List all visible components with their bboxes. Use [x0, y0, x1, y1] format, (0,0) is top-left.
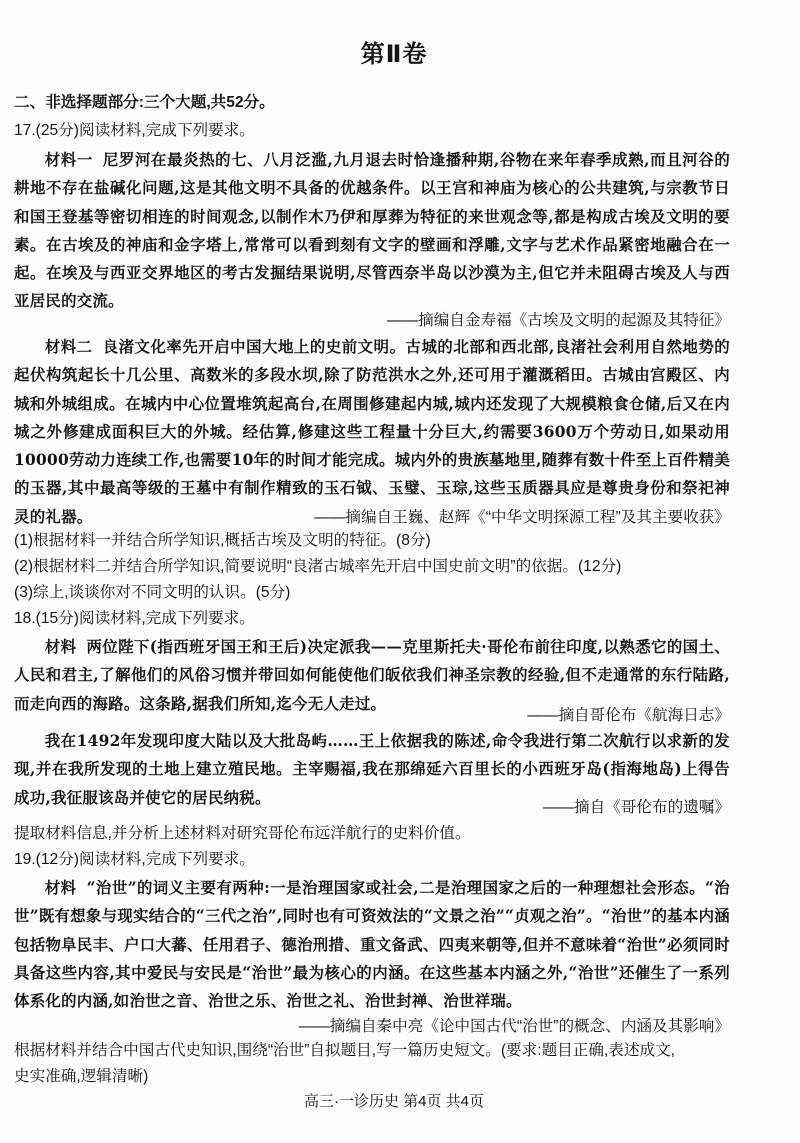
material-text: 良渚文化率先开启中国大地上的史前文明。古城的北部和西北部,良渚社会利用自然地势的…: [14, 338, 730, 526]
q18-material-b-source: ——摘自《哥伦布的遗嘱》: [543, 795, 730, 817]
q19-question-line-1: 根据材料并结合中国古代史知识,围绕“治世”自拟题目,写一篇历史短文。(要求:题目…: [14, 1040, 744, 1062]
material-label: 材料: [45, 638, 77, 656]
q17-material-1-source: ——摘编自金寿福《古埃及文明的起源及其特征》: [387, 308, 730, 330]
material-label: 材料二: [45, 338, 93, 356]
q18-header: 18.(15分)阅读材料,完成下列要求。: [14, 608, 744, 630]
q19-question-line-2: 史实准确,逻辑清晰): [14, 1066, 744, 1088]
section-header: 二、非选择题部分:三个大题,共52分。: [14, 92, 744, 114]
material-text: 尼罗河在最炎热的七、八月泛滥,九月退去时恰逢播种期,谷物在来年春季成熟,而且河谷…: [14, 151, 730, 310]
material-text: “治世”的词义主要有两种:一是治理国家或社会,二是治理国家之后的一种理想社会形态…: [14, 879, 730, 1010]
material-label: 材料: [45, 879, 77, 897]
q17-material-2-source: ——摘编自王巍、赵辉《“中华文明探源工程”及其主要收获》: [314, 505, 730, 527]
q18-material-source: ——摘自哥伦布《航海日志》: [527, 703, 730, 725]
q18-question: 提取材料信息,并分析上述材料对研究哥伦布远洋航行的史料价值。: [14, 823, 744, 845]
q19-header: 19.(12分)阅读材料,完成下列要求。: [14, 849, 744, 871]
material-label: 材料一: [45, 151, 93, 169]
q17-header: 17.(25分)阅读材料,完成下列要求。: [14, 120, 744, 142]
volume-title: 第Ⅱ卷: [14, 34, 774, 69]
material-text: 两位陛下(指西班牙国王和王后)决定派我——克里斯托夫·哥伦布前往印度,以熟悉它的…: [14, 638, 730, 713]
page-footer: 高三·一诊历史 第4页 共4页: [14, 1090, 774, 1111]
q17-material-1: 材料一尼罗河在最炎热的七、八月泛滥,九月退去时恰逢播种期,谷物在来年春季成熟,而…: [14, 146, 730, 316]
q19-material: 材料“治世”的词义主要有两种:一是治理国家或社会,二是治理国家之后的一种理想社会…: [14, 874, 730, 1015]
q17-question-2: (2)根据材料二并结合所学知识,简要说明“良渚古城率先开启中国史前文明”的依据。…: [14, 556, 744, 578]
q17-material-2: 材料二良渚文化率先开启中国大地上的史前文明。古城的北部和西北部,良渚社会利用自然…: [14, 333, 730, 531]
q17-question-3: (3)综上,谈谈你对不同文明的认识。(5分): [14, 582, 744, 604]
q17-question-1: (1)根据材料一并结合所学知识,概括古埃及文明的特征。(8分): [14, 530, 744, 552]
q19-material-source: ——摘编自秦中亮《论中国古代“治世”的概念、内涵及其影响》: [299, 1014, 730, 1036]
